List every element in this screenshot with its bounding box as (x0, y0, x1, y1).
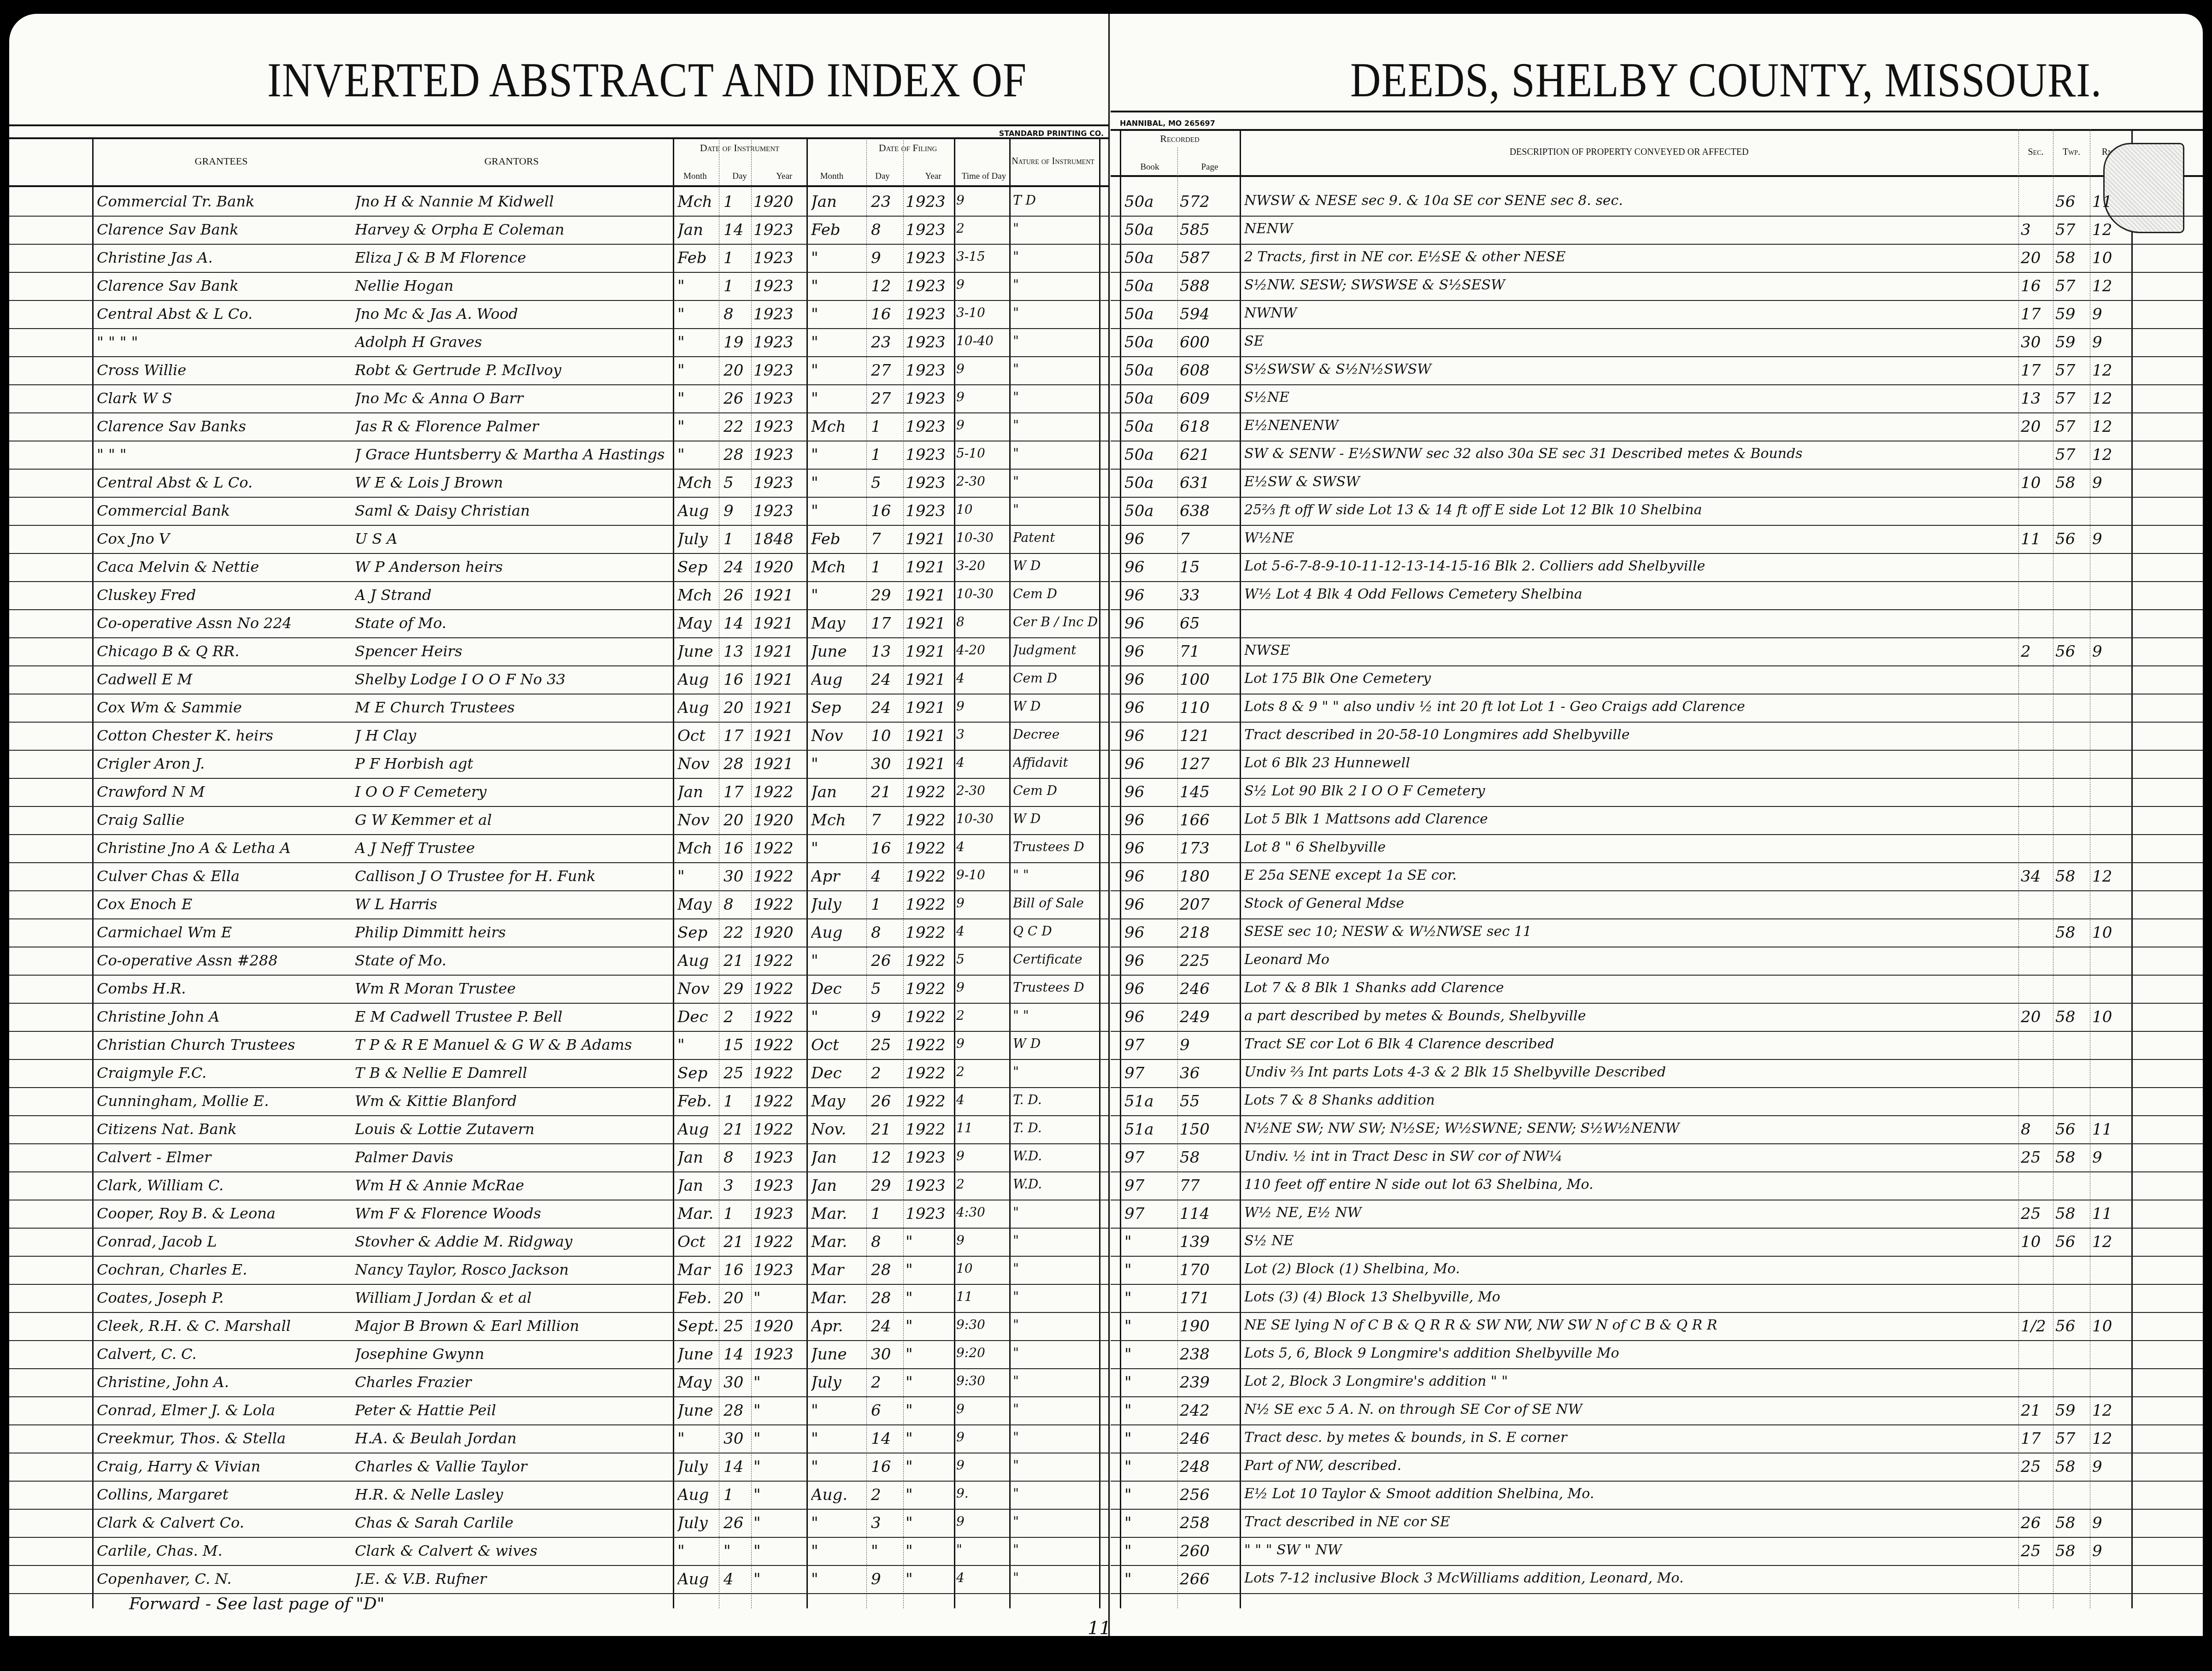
book-cell: 97 (1124, 1036, 1175, 1054)
ledger-row: Central Abst & L Co.W E & Lois J BrownMc… (9, 470, 1113, 498)
sec-cell: 34 (2021, 867, 2053, 886)
file-month-cell: Mar (811, 1261, 866, 1279)
inst-year-cell: 1923 (753, 221, 804, 239)
inst-year-cell: 1923 (753, 333, 804, 352)
page-cell: 150 (1180, 1120, 1237, 1139)
ledger-row: Christine, John A.Charles FrazierMay30"J… (9, 1370, 1113, 1397)
grantee-cell: Cluskey Fred (97, 586, 355, 604)
description-cell: Lot (2) Block (1) Shelbina, Mo. (1244, 1261, 2014, 1277)
ledger-row: " " "J Grace Huntsberry & Martha A Hasti… (9, 442, 1113, 470)
inst-year-cell: 1922 (753, 1064, 804, 1083)
file-year-cell: 1922 (906, 1064, 954, 1083)
rng-cell: 10 (2092, 1008, 2131, 1026)
ledger-row: Culver Chas & EllaCallison J O Trustee f… (9, 864, 1113, 891)
ledger-row: Christian Church TrusteesT P & R E Manue… (9, 1032, 1113, 1060)
file-month-cell: Mar. (811, 1233, 866, 1251)
twp-cell: 58 (2055, 1205, 2090, 1223)
file-day-cell: 21 (871, 1120, 903, 1139)
file-year-cell: 1923 (906, 418, 954, 436)
file-month-cell: Jan (811, 1177, 866, 1195)
grantor-cell: J.E. & V.B. Rufner (355, 1570, 673, 1588)
nature-cell: Judgment (1013, 642, 1098, 658)
file-day-cell: 9 (871, 1008, 903, 1026)
book-cell: 96 (1124, 980, 1175, 998)
file-month-cell: May (811, 614, 866, 633)
recorded-header: Recorded Book Page (1120, 129, 1240, 175)
grantee-cell: Christine Jas A. (97, 249, 355, 266)
ledger-row: 9777110 feet off entire N side out lot 6… (1111, 1173, 2203, 1200)
twp-cell: 58 (2055, 1514, 2090, 1532)
book-cell: 50a (1124, 333, 1175, 352)
nature-of-instrument-header: Nature of Instrument (1009, 138, 1097, 184)
file-month-cell: " (811, 333, 866, 352)
grantee-cell: Commercial Bank (97, 502, 355, 519)
header-rule (1111, 111, 2203, 112)
description-cell: SE (1244, 333, 2014, 349)
inst-day-cell: 14 (724, 1458, 751, 1476)
page-cell: 631 (1180, 474, 1237, 492)
sec-cell: 20 (2021, 249, 2053, 267)
inst-day-cell: 30 (724, 867, 751, 886)
printer-imprint: STANDARD PRINTING CO. (999, 129, 1104, 138)
nature-cell: Cer B / Inc Dr (1013, 614, 1098, 630)
file-month-cell: Jan (811, 193, 866, 211)
nature-cell: T. D. (1013, 1092, 1098, 1107)
file-day-cell: 26 (871, 952, 903, 970)
description-cell: SW & SENW - E½SWNW sec 32 also 30a SE se… (1244, 446, 2014, 462)
page-cell: 166 (1180, 811, 1237, 830)
file-month-cell: Mar. (811, 1205, 866, 1223)
book-cell: " (1124, 1514, 1175, 1532)
book-cell: 50a (1124, 305, 1175, 324)
inst-day-cell: 17 (724, 727, 751, 745)
inst-year-cell: " (753, 1430, 804, 1448)
book-cell: 51a (1124, 1120, 1175, 1139)
nature-cell: Trustees D (1013, 980, 1098, 995)
time-cell: 4 (956, 671, 1009, 686)
inst-day-cell: 20 (724, 1289, 751, 1307)
description-cell: N½ SE exc 5 A. N. on through SE Cor of S… (1244, 1401, 2014, 1418)
grantor-cell: State of Mo. (355, 952, 673, 969)
file-year-cell: " (906, 1261, 954, 1279)
grantee-cell: Clark W S (97, 389, 355, 407)
grantor-cell: Palmer Davis (355, 1148, 673, 1166)
file-day-cell: 23 (871, 333, 903, 352)
description-cell: Lot 6 Blk 23 Hunnewell (1244, 755, 2014, 771)
grantor-cell: State of Mo. (355, 614, 673, 632)
grantee-cell: Conrad, Elmer J. & Lola (97, 1401, 355, 1419)
inst-day-cell: 28 (724, 1401, 751, 1420)
nature-cell: " (1013, 305, 1098, 320)
forward-note: Forward - See last page of "D" (129, 1595, 384, 1613)
file-day-cell: 27 (871, 389, 903, 408)
file-day-cell: 14 (871, 1430, 903, 1448)
time-cell: 2-30 (956, 474, 1009, 489)
twp-cell: 59 (2055, 333, 2090, 352)
time-cell: 9 (956, 277, 1009, 292)
book-cell: 96 (1124, 614, 1175, 633)
inst-day-cell: 2 (724, 1008, 751, 1026)
file-month-cell: July (811, 1373, 866, 1392)
inst-month-cell: Feb (677, 249, 719, 267)
grantor-cell: W L Harris (355, 895, 673, 913)
inst-day-cell: 26 (724, 389, 751, 408)
book-cell: 50a (1124, 249, 1175, 267)
ledger-row: Commercial BankSaml & Daisy ChristianAug… (9, 498, 1113, 526)
file-year-cell: " (906, 1514, 954, 1532)
ledger-row: 96173Lot 8 " 6 Shelbyville (1111, 835, 2203, 863)
file-day-cell: " (871, 1542, 903, 1560)
page-cell: 33 (1180, 586, 1237, 605)
inst-day-cell: 29 (724, 980, 751, 998)
twp-cell: 57 (2055, 446, 2090, 464)
time-cell: 8 (956, 614, 1009, 630)
book-cell: " (1124, 1570, 1175, 1589)
file-month-cell: Mar. (811, 1289, 866, 1307)
inst-year-cell: 1923 (753, 1261, 804, 1279)
page-cell: 15 (1180, 558, 1237, 577)
nature-cell: " (1013, 1430, 1098, 1445)
description-cell: Part of NW, described. (1244, 1458, 2014, 1474)
inst-year-cell: 1921 (753, 755, 804, 773)
inst-month-cell: May (677, 1373, 719, 1392)
inst-month-cell: Dec (677, 1008, 719, 1026)
nature-cell: " (1013, 502, 1098, 517)
ledger-row: Christine Jas A.Eliza J & B M FlorenceFe… (9, 245, 1113, 273)
header-rule (1111, 175, 2203, 177)
page-cell: 127 (1180, 755, 1237, 773)
ledger-row: 96110Lots 8 & 9 " " also undiv ½ int 20 … (1111, 695, 2203, 723)
book-cell: " (1124, 1458, 1175, 1476)
grantor-cell: A J Neff Trustee (355, 839, 673, 857)
inst-month-cell: " (677, 389, 719, 408)
book-cell: 50a (1124, 361, 1175, 380)
file-month-cell: " (811, 502, 866, 520)
ledger-row: Clarence Sav BankNellie Hogan"11923"1219… (9, 273, 1113, 301)
file-day-cell: 16 (871, 305, 903, 324)
inst-year-cell: 1848 (753, 530, 804, 548)
file-month-cell: " (811, 586, 866, 605)
file-month-cell: July (811, 895, 866, 914)
nature-cell: " (1013, 277, 1098, 292)
book-cell: 96 (1124, 671, 1175, 689)
grantees-header: GRANTEES (92, 138, 350, 184)
grantor-cell: Harvey & Orpha E Coleman (355, 221, 673, 238)
nature-cell: Cem D (1013, 671, 1098, 686)
file-day-cell: 30 (871, 755, 903, 773)
date-of-filing-label: Date of Filing (806, 143, 1009, 153)
description-cell: NENW (1244, 221, 2014, 237)
page-cell: 77 (1180, 1177, 1237, 1195)
page-cell: 55 (1180, 1092, 1237, 1111)
time-cell: 11 (956, 1289, 1009, 1304)
page-cell: 242 (1180, 1401, 1237, 1420)
twp-header: Twp. (2053, 129, 2090, 175)
inst-month-cell: Jan (677, 1148, 719, 1167)
ledger-row: 96127Lot 6 Blk 23 Hunnewell (1111, 751, 2203, 779)
grantee-cell: Craig, Harry & Vivian (97, 1458, 355, 1475)
file-month-cell: Mch (811, 558, 866, 577)
rng-cell: 12 (2092, 361, 2131, 380)
grantor-cell: Josephine Gwynn (355, 1345, 673, 1363)
twp-cell: 56 (2055, 1120, 2090, 1139)
file-year-cell: 1922 (906, 952, 954, 970)
ledger-row: Central Abst & L Co.Jno Mc & Jas A. Wood… (9, 301, 1113, 329)
ledger-row: Carmichael Wm EPhilip Dimmitt heirsSep22… (9, 920, 1113, 947)
sec-cell: 3 (2021, 221, 2053, 239)
nature-cell: " (1013, 1233, 1098, 1248)
nature-cell: " (1013, 389, 1098, 405)
ledger-row: 9671NWSE2569 (1111, 639, 2203, 666)
ledger-row: 50a618E½NENENW205712 (1111, 414, 2203, 441)
rng-cell: 9 (2092, 1148, 2131, 1167)
rng-cell: 9 (2092, 474, 2131, 492)
book-cell: 50a (1124, 474, 1175, 492)
ledger-row: "242N½ SE exc 5 A. N. on through SE Cor … (1111, 1398, 2203, 1425)
file-day-cell: 24 (871, 1317, 903, 1336)
file-day-cell: 17 (871, 614, 903, 633)
inst-year-cell: 1923 (753, 277, 804, 295)
ledger-row: Citizens Nat. BankLouis & Lottie Zutaver… (9, 1117, 1113, 1144)
ledger-row: Combs H.R.Wm R Moran TrusteeNov291922Dec… (9, 976, 1113, 1004)
book-cell: 50a (1124, 221, 1175, 239)
file-year-cell: 1923 (906, 277, 954, 295)
page-cell: 594 (1180, 305, 1237, 324)
inst-year-cell: 1920 (753, 924, 804, 942)
inst-day-cell: 20 (724, 361, 751, 380)
description-cell: W½NE (1244, 530, 2014, 546)
grantor-cell: Robt & Gertrude P. McIlvoy (355, 361, 673, 379)
inst-year-cell: 1922 (753, 1233, 804, 1251)
file-year-cell: 1922 (906, 839, 954, 858)
grantee-cell: Cox Jno V (97, 530, 355, 547)
page-cell: 170 (1180, 1261, 1237, 1279)
file-day-cell: 9 (871, 1570, 903, 1589)
page-cell: 207 (1180, 895, 1237, 914)
grantee-cell: Cochran, Charles E. (97, 1261, 355, 1278)
file-month-cell: Feb (811, 530, 866, 548)
file-month-cell: " (811, 1008, 866, 1026)
ledger-row: Co-operative Assn No 224State of Mo.May1… (9, 611, 1113, 638)
inst-month-cell: Aug (677, 1570, 719, 1589)
file-year-cell: 1922 (906, 1008, 954, 1026)
grantee-cell: Crigler Aron J. (97, 755, 355, 772)
twp-cell: 59 (2055, 305, 2090, 324)
nature-cell: " (1013, 1205, 1098, 1220)
file-day-cell: 5 (871, 980, 903, 998)
file-month-cell: Dec (811, 980, 866, 998)
inst-day-cell: 1 (724, 193, 751, 211)
twp-cell: 57 (2055, 389, 2090, 408)
inst-month-cell: Aug (677, 1120, 719, 1139)
inst-day-cell: 21 (724, 1233, 751, 1251)
scan-edge (2204, 0, 2212, 1671)
book-cell: " (1124, 1401, 1175, 1420)
file-month-cell: " (811, 446, 866, 464)
file-day-cell: 28 (871, 1289, 903, 1307)
inst-year-cell: " (753, 1373, 804, 1392)
inst-year-cell: 1923 (753, 418, 804, 436)
grantee-cell: Cox Enoch E (97, 895, 355, 913)
grantee-cell: Carmichael Wm E (97, 924, 355, 941)
nature-cell: " " (1013, 867, 1098, 883)
ledger-row: Chicago B & Q RR.Spencer HeirsJune131921… (9, 639, 1113, 666)
ledger-row: Cooper, Roy B. & LeonaWm F & Florence Wo… (9, 1201, 1113, 1229)
ledger-row: Caca Melvin & NettieW P Anderson heirsSe… (9, 554, 1113, 582)
file-year-cell: 1923 (906, 1177, 954, 1195)
nature-cell: " (1013, 418, 1098, 433)
file-day-cell: 5 (871, 474, 903, 492)
inst-day-cell: 8 (724, 305, 751, 324)
rng-cell: 12 (2092, 418, 2131, 436)
file-day-cell: 1 (871, 446, 903, 464)
nature-cell: " (1013, 1458, 1098, 1473)
grantor-cell: J Grace Huntsberry & Martha A Hastings (355, 446, 673, 463)
inst-day-cell: 13 (724, 642, 751, 661)
description-header: DESCRIPTION OF PROPERTY CONVEYED OR AFFE… (1240, 129, 2018, 175)
inst-day-cell: 1 (724, 249, 751, 267)
right-page-title: DEEDS, SHELBY COUNTY, MISSOURI. (1350, 52, 2102, 108)
grantor-cell: Adolph H Graves (355, 333, 673, 351)
description-cell: W½ Lot 4 Blk 4 Odd Fellows Cemetery Shel… (1244, 586, 2014, 602)
file-day-cell: 3 (871, 1514, 903, 1532)
book-cell: 96 (1124, 1008, 1175, 1026)
file-month-cell: " (811, 1542, 866, 1560)
inst-day-cell: 28 (724, 755, 751, 773)
ledger-row: 96225Leonard Mo (1111, 948, 2203, 976)
grantor-cell: Charles & Vallie Taylor (355, 1458, 673, 1475)
grantor-cell: Chas & Sarah Carlile (355, 1514, 673, 1531)
time-cell: 4 (956, 1092, 1009, 1107)
ledger-row: Collins, MargaretH.R. & Nelle LasleyAug1… (9, 1482, 1113, 1510)
time-cell: 2-30 (956, 783, 1009, 798)
inst-year-cell: " (753, 1458, 804, 1476)
description-cell: Leonard Mo (1244, 952, 2014, 968)
book-cell: 96 (1124, 811, 1175, 830)
inst-month-cell: Mar (677, 1261, 719, 1279)
book-cell: 96 (1124, 839, 1175, 858)
sec-cell: 25 (2021, 1542, 2053, 1560)
ledger-row: 9633W½ Lot 4 Blk 4 Odd Fellows Cemetery … (1111, 582, 2203, 610)
inst-month-cell: Sep (677, 1064, 719, 1083)
file-month-cell: Nov. (811, 1120, 866, 1139)
nature-cell: " (1013, 1570, 1098, 1585)
file-month-cell: " (811, 755, 866, 773)
ledger-row: "139S½ NE105612 (1111, 1229, 2203, 1257)
time-cell: 3 (956, 727, 1009, 742)
book-cell: " (1124, 1430, 1175, 1448)
description-cell: Lot 8 " 6 Shelbyville (1244, 839, 2014, 855)
inst-month-cell: Mch (677, 193, 719, 211)
grantee-cell: Clark, William C. (97, 1177, 355, 1194)
rng-cell: 9 (2092, 1514, 2131, 1532)
description-cell: NWNW (1244, 305, 2014, 321)
inst-year-cell: " (753, 1289, 804, 1307)
ledger-row: 9665 (1111, 611, 2203, 638)
file-year-cell: 1923 (906, 389, 954, 408)
description-cell: S½NE (1244, 389, 2014, 406)
book-cell: 97 (1124, 1205, 1175, 1223)
rng-cell: 10 (2092, 249, 2131, 267)
grantor-cell: G W Kemmer et al (355, 811, 673, 829)
grantor-cell: M E Church Trustees (355, 699, 673, 716)
inst-month-cell: Feb. (677, 1092, 719, 1111)
book-cell: 96 (1124, 952, 1175, 970)
nature-cell: Certificate (1013, 952, 1098, 967)
file-year-cell: 1923 (906, 502, 954, 520)
file-day-cell: 9 (871, 249, 903, 267)
ledger-row: Christine John AE M Cadwell Trustee P. B… (9, 1004, 1113, 1032)
grantee-cell: Culver Chas & Ella (97, 867, 355, 885)
description-cell: Lot 175 Blk One Cemetery (1244, 671, 2014, 687)
description-cell: 2 Tracts, first in NE cor. E½SE & other … (1244, 249, 2014, 265)
description-cell: Lot 2, Block 3 Longmire's addition " " (1244, 1373, 2014, 1389)
file-day-cell: 1 (871, 1205, 903, 1223)
book-cell: 96 (1124, 755, 1175, 773)
inst-year-cell: 1921 (753, 699, 804, 717)
nature-cell: " (1013, 221, 1098, 236)
book-cell: " (1124, 1233, 1175, 1251)
ledger-row: 96180E 25a SENE except 1a SE cor.345812 (1111, 864, 2203, 891)
book-cell: 50a (1124, 502, 1175, 520)
ledger-row: Cunningham, Mollie E.Wm & Kittie Blanfor… (9, 1089, 1113, 1116)
book-cell: 50a (1124, 389, 1175, 408)
inst-month-cell: June (677, 642, 719, 661)
file-day-cell: 16 (871, 1458, 903, 1476)
grantee-cell: Clarence Sav Bank (97, 221, 355, 238)
page-cell: 246 (1180, 980, 1237, 998)
page-cell: 9 (1180, 1036, 1237, 1054)
file-month-cell: Mch (811, 418, 866, 436)
description-cell: a part described by metes & Bounds, Shel… (1244, 1008, 2014, 1024)
rng-cell: 10 (2092, 924, 2131, 942)
sec-cell: 17 (2021, 305, 2053, 324)
twp-cell: 56 (2055, 193, 2090, 211)
grantee-cell: Cooper, Roy B. & Leona (97, 1205, 355, 1222)
page-cell: 71 (1180, 642, 1237, 661)
file-month-cell: " (811, 1430, 866, 1448)
file-day-cell: 2 (871, 1373, 903, 1392)
description-cell: S½ NE (1244, 1233, 2014, 1249)
ledger-row: Coates, Joseph P.William J Jordan & et a… (9, 1285, 1113, 1313)
time-cell: 9. (956, 1486, 1009, 1501)
description-cell: SESE sec 10; NESW & W½NWSE sec 11 (1244, 924, 2014, 940)
left-page-title: INVERTED ABSTRACT AND INDEX OF (267, 52, 1027, 108)
rng-cell: 12 (2092, 446, 2131, 464)
rng-cell: 9 (2092, 642, 2131, 661)
time-cell: 9 (956, 895, 1009, 911)
inst-day-cell: 1 (724, 1205, 751, 1223)
time-cell: 9 (956, 980, 1009, 995)
twp-cell: 58 (2055, 249, 2090, 267)
ledger-row: 979Tract SE cor Lot 6 Blk 4 Clarence des… (1111, 1032, 2203, 1060)
file-month-header: Month (806, 171, 857, 182)
grantee-cell: Citizens Nat. Bank (97, 1120, 355, 1138)
ledger-row: Cox Wm & SammieM E Church TrusteesAug201… (9, 695, 1113, 723)
ledger-row: 50a608S½SWSW & S½N½SWSW175712 (1111, 358, 2203, 385)
inst-month-cell: " (677, 867, 719, 886)
inst-month-cell: Mar. (677, 1205, 719, 1223)
file-day-cell: 2 (871, 1064, 903, 1083)
sec-cell: 13 (2021, 389, 2053, 408)
ledger-row: " " " "Adolph H Graves"191923"23192310-4… (9, 329, 1113, 357)
book-cell: 96 (1124, 867, 1175, 886)
inst-day-cell: 16 (724, 1261, 751, 1279)
date-of-filing-header: Date of Filing Month Day Year Time of Da… (806, 138, 1009, 184)
inst-month-cell: June (677, 1345, 719, 1364)
inst-year-cell: 1921 (753, 614, 804, 633)
inst-month-cell: Nov (677, 811, 719, 830)
